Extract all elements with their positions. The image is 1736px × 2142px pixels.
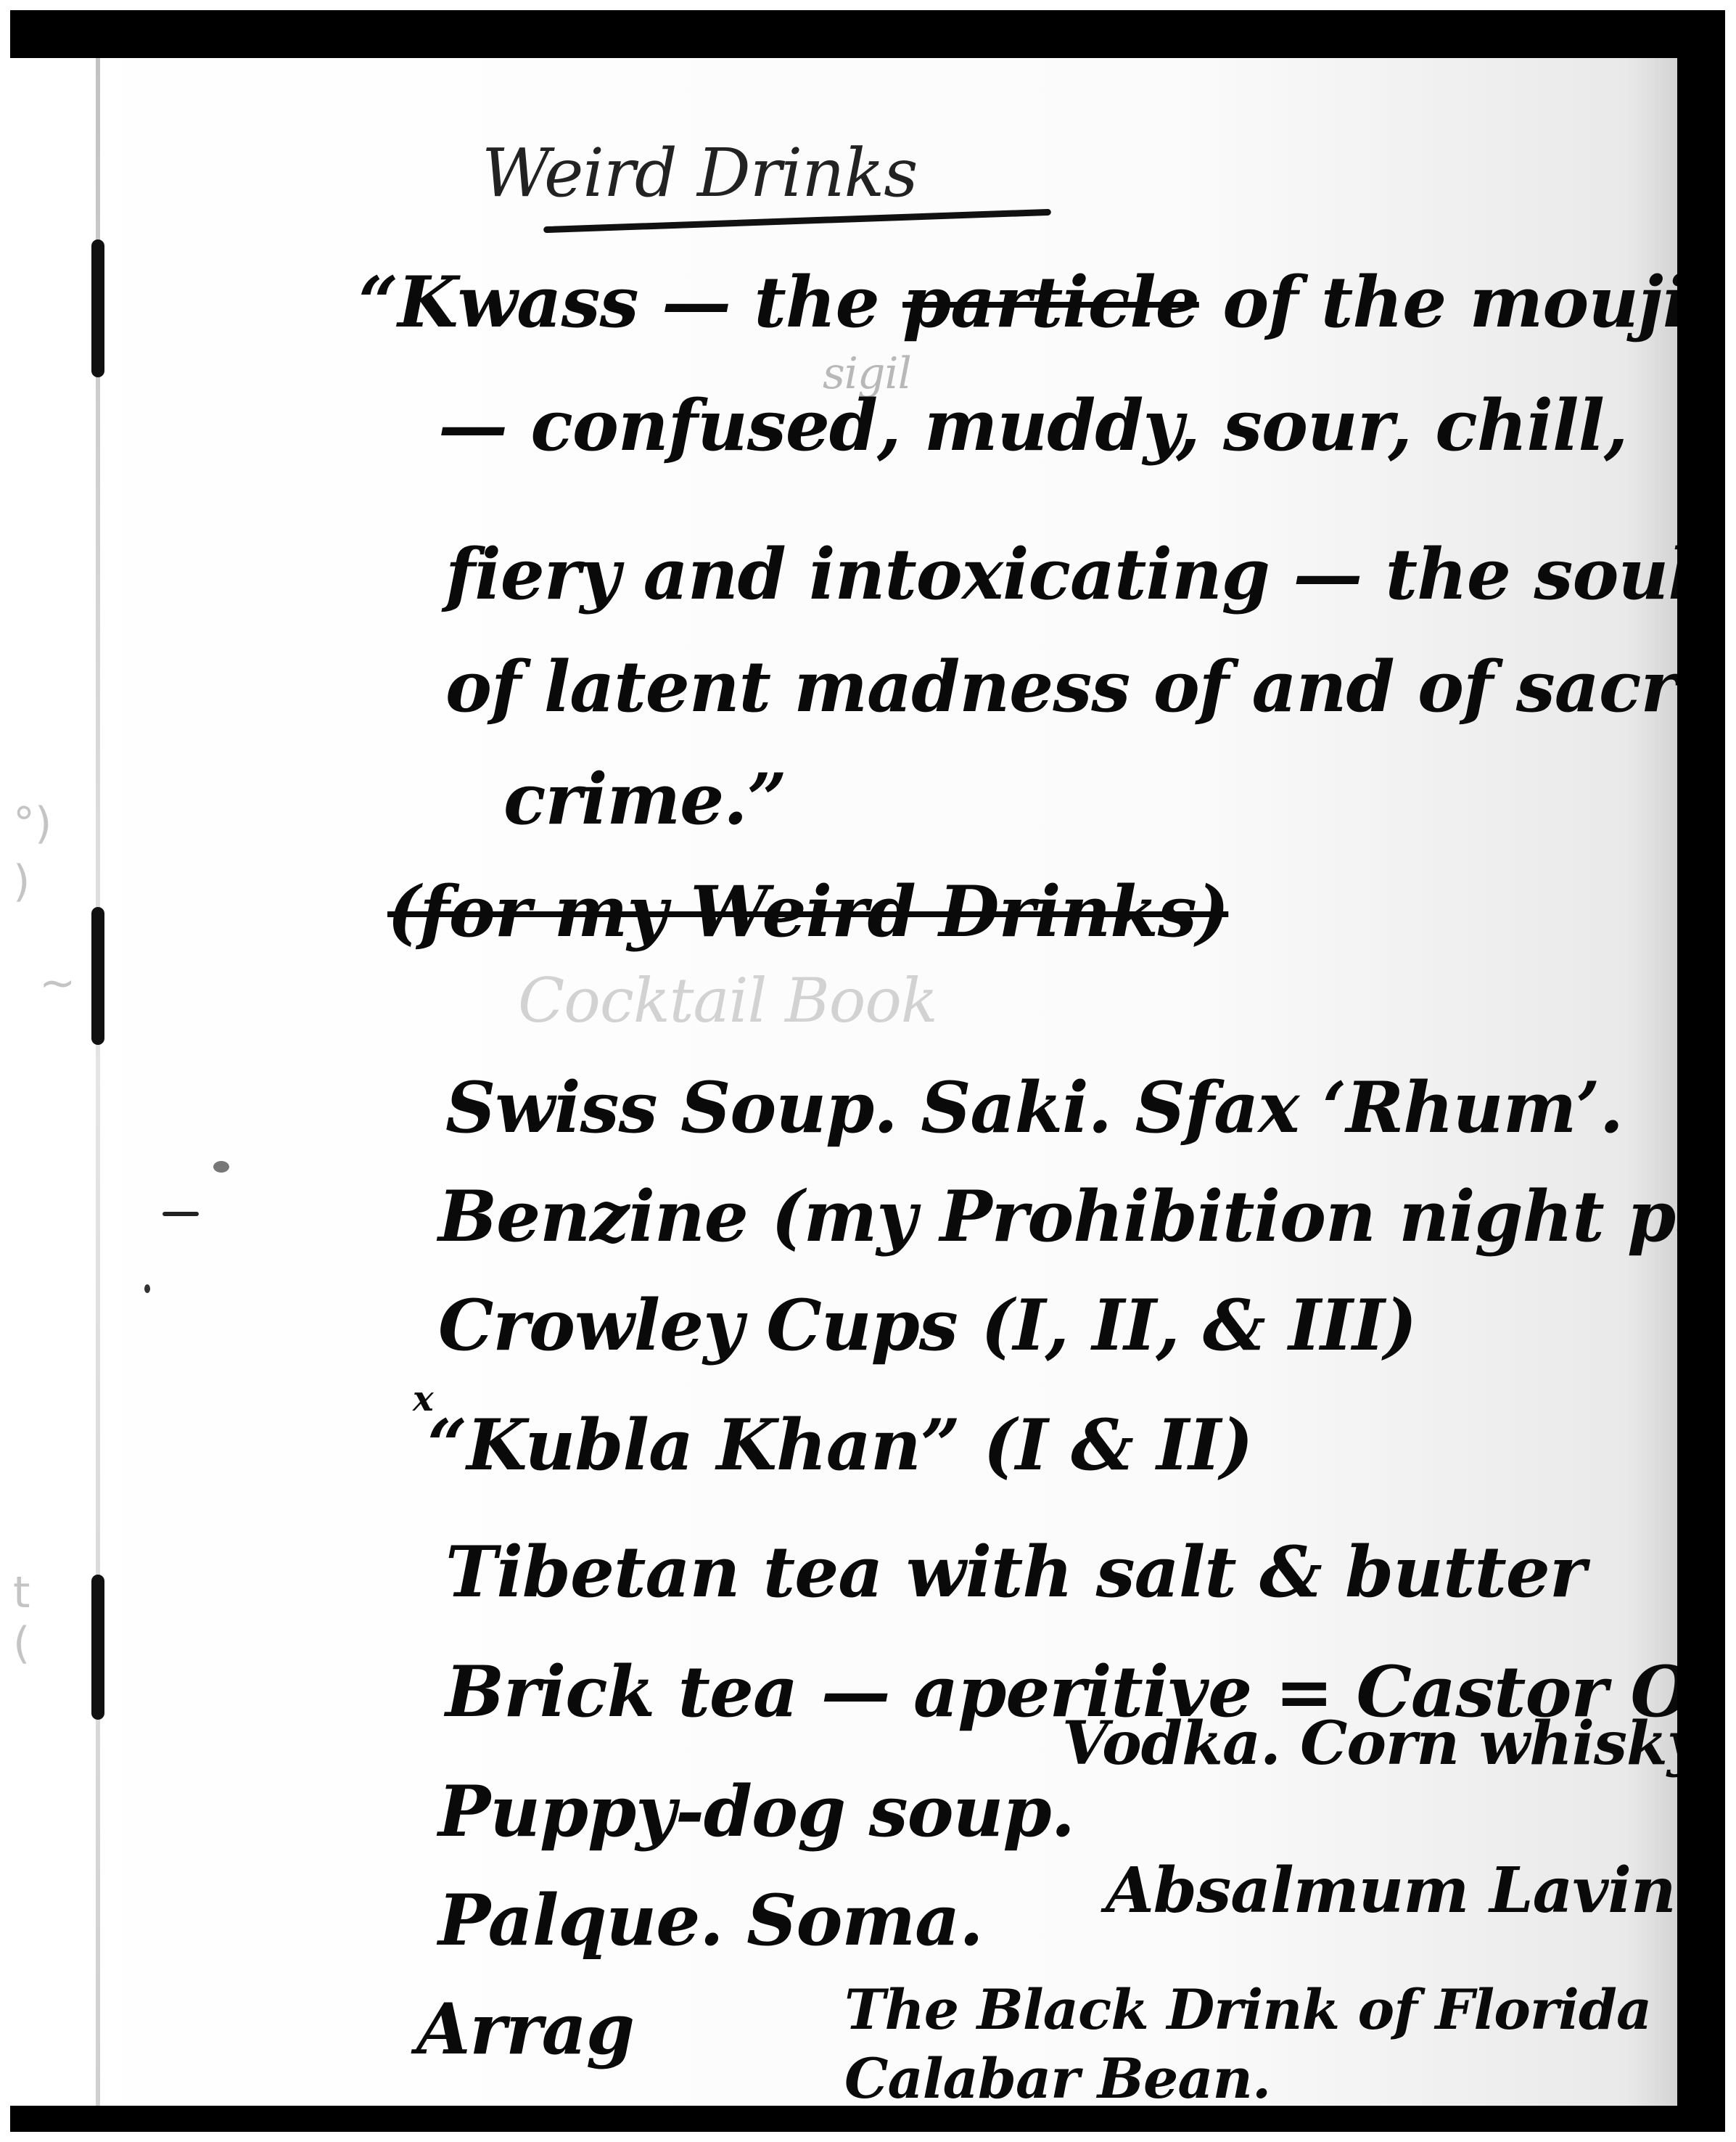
drink-line-black-drink-florida: The Black Drink of Florida — [844, 1977, 1651, 2042]
drink-line-absalmum-lavinii: Absalmum Lavinii — [1106, 1854, 1677, 1927]
drink-line-arrag: Arrag — [416, 1988, 634, 2070]
margin-bleed-mark: ~ — [39, 958, 75, 1009]
pencil-heading-cocktail-book: Cocktail Book — [518, 965, 937, 1036]
quote-line-5: crime.” — [503, 758, 786, 840]
struck-word: particle — [902, 261, 1199, 343]
quote-line-1-rest: of the moujik — [1199, 261, 1677, 343]
ink-blot — [213, 1161, 229, 1173]
binding-staple-middle — [91, 907, 104, 1045]
drink-line-kubla-khan: “Kubla Khan” (I & II) — [427, 1404, 1253, 1486]
bottom-black-border — [10, 2106, 1725, 2132]
drink-line-puppy-dog-soup: Puppy-dog soup. — [438, 1770, 1074, 1852]
quote-open-text: “Kwass — the — [358, 261, 902, 343]
drink-line-tibetan-tea: Tibetan tea with salt & butter — [445, 1531, 1585, 1613]
margin-bleed-mark: °) — [13, 798, 52, 849]
notebook-page: °) ) ~ t ( Weird Drinks “Kwass — the par… — [10, 58, 1677, 2106]
ink-dash — [163, 1212, 199, 1216]
binding-staple-bottom — [91, 1575, 104, 1720]
quote-line-3: fiery and intoxicating — the soul — [445, 533, 1677, 615]
quote-line-1: “Kwass — the particle of the moujik — [358, 261, 1677, 343]
quote-line-2: — confused, muddy, sour, chill, — [438, 385, 1627, 467]
drink-line-swiss-soup: Swiss Soup. Saki. Sfax ‘Rhum’. — [445, 1067, 1623, 1149]
drink-line-palque-soma: Palque. Soma. — [438, 1879, 983, 1961]
margin-bleed-mark: t — [13, 1567, 30, 1618]
title-underline — [543, 209, 1051, 233]
drink-line-calabar-bean: Calabar Bean. — [844, 2046, 1270, 2106]
page-title: Weird Drinks — [482, 134, 917, 212]
drink-line-benzine: Benzine (my Prohibition night party) — [438, 1175, 1677, 1257]
ink-dot — [144, 1284, 150, 1293]
top-black-border — [10, 10, 1725, 58]
drink-line-vodka-corn-whisky: Vodka. Corn whisky. — [1062, 1709, 1677, 1778]
drink-line-crowley-cups: Crowley Cups (I, II, & III) — [438, 1284, 1416, 1366]
margin-bleed-mark: ) — [13, 856, 30, 907]
quote-line-4: of latent madness of and of sacred — [445, 646, 1677, 728]
right-black-border — [1677, 58, 1725, 2106]
binding-staple-top — [91, 239, 104, 377]
margin-bleed-mark: ( — [13, 1618, 30, 1669]
crossed-out-heading: (for my Weird Drinks) — [387, 871, 1228, 953]
